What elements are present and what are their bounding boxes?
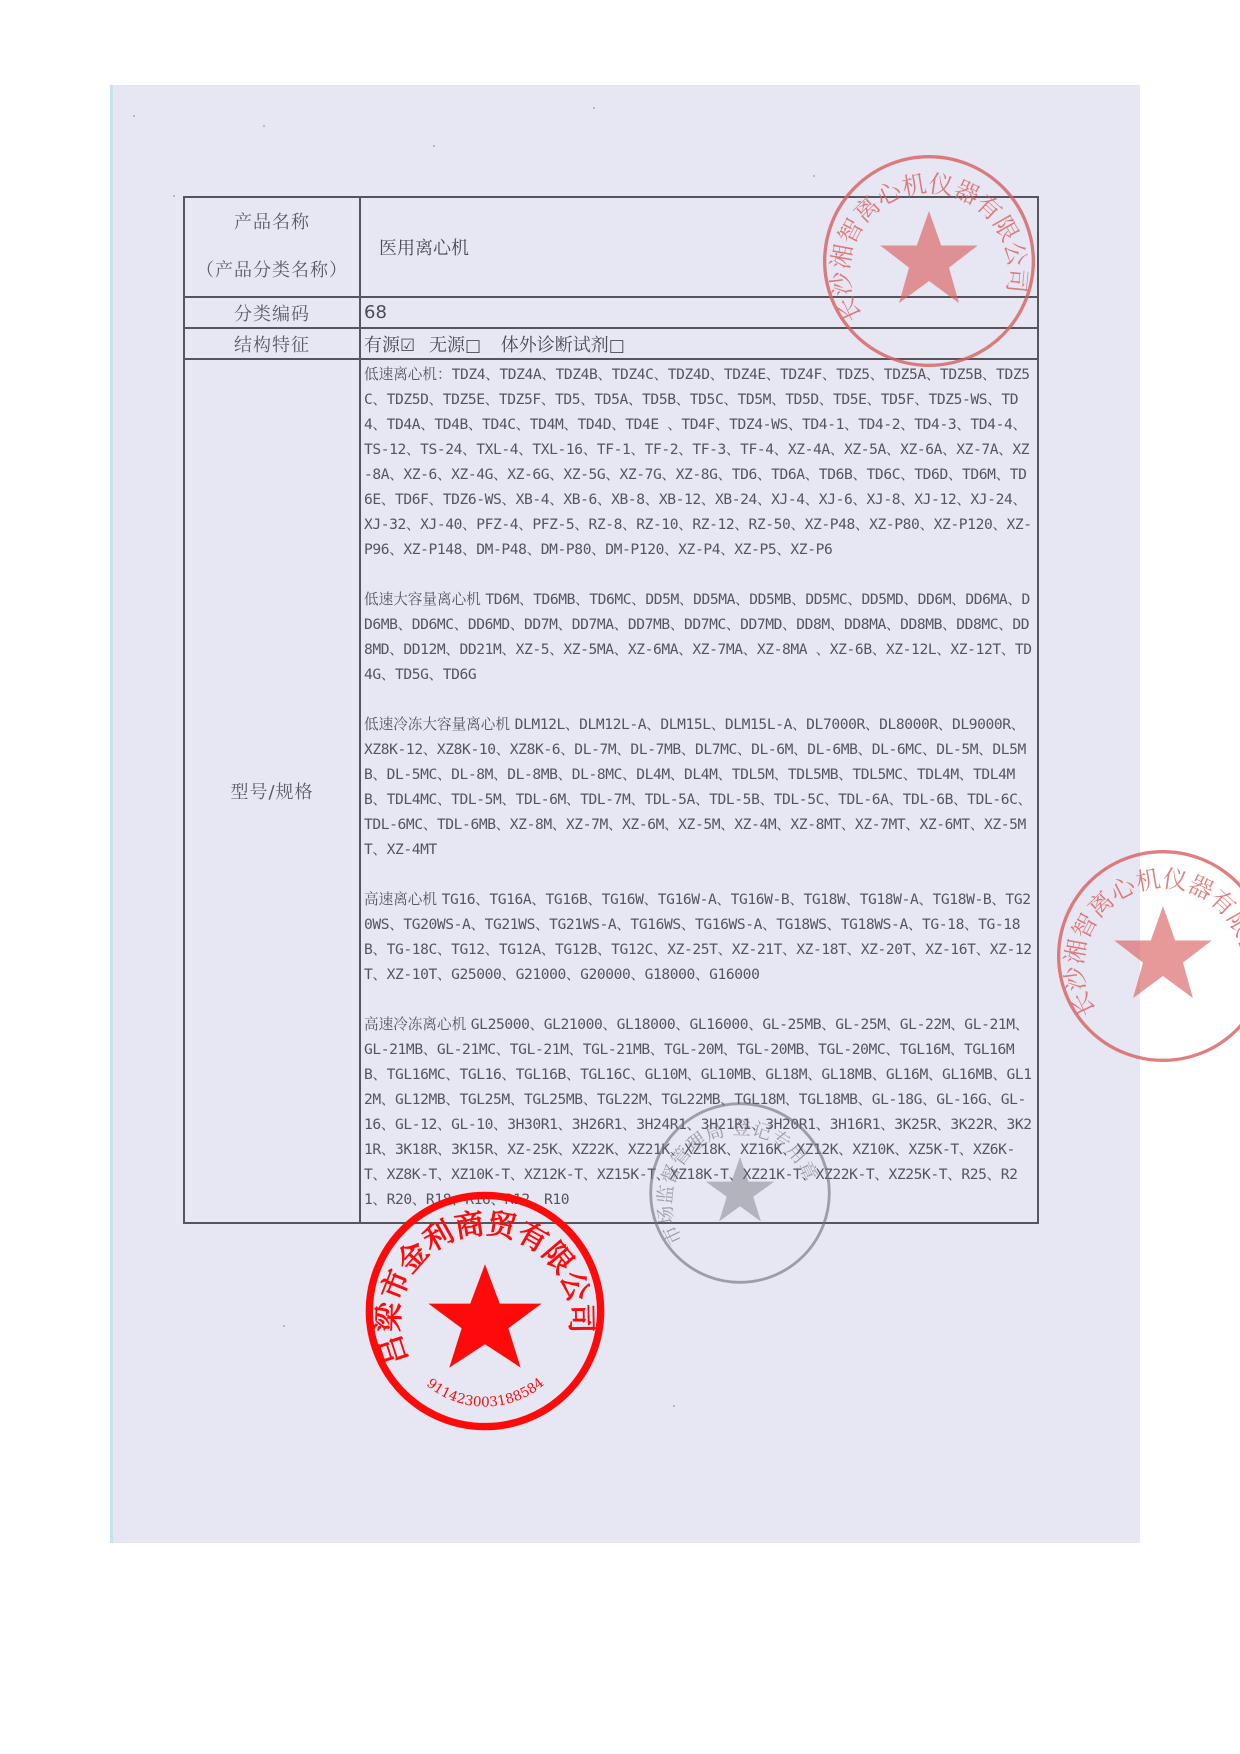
model-group-low-speed-large: 低速大容量离心机 TD6M、TD6MB、TD6MC、DD5M、DD5MA、DD5… — [364, 587, 1033, 687]
scan-speck — [433, 145, 435, 147]
product-name-label: 产品名称 （产品分类名称） — [184, 197, 360, 297]
row-product-name: 产品名称 （产品分类名称） 医用离心机 — [184, 197, 1038, 297]
model-group-low-speed: 低速离心机：TDZ4、TDZ4A、TDZ4B、TDZ4C、TDZ4D、TDZ4E… — [364, 362, 1033, 562]
scan-speck — [673, 1405, 675, 1407]
option-passive: 无源□ — [429, 335, 481, 356]
group-items: GL25000、GL21000、GL18000、GL16000、GL-25MB、… — [364, 1016, 1032, 1208]
product-name-label-line1: 产品名称 — [186, 199, 358, 247]
checkbox-checked-icon: ☑ — [400, 336, 415, 356]
option-ivd: 体外诊断试剂□ — [501, 335, 625, 356]
group-items: TG16、TG16A、TG16B、TG16W、TG16W-A、TG16W-B、T… — [364, 891, 1032, 983]
product-name-value: 医用离心机 — [360, 197, 1038, 297]
structure-label: 结构特征 — [184, 328, 360, 359]
group-items: DLM12L、DLM12L-A、DLM15L、DLM15L-A、DL7000R、… — [364, 716, 1032, 858]
category-code-label: 分类编码 — [184, 297, 360, 328]
product-spec-table: 产品名称 （产品分类名称） 医用离心机 分类编码 68 结构特征 有源☑ 无源□… — [183, 196, 1039, 1224]
scan-speck — [133, 115, 135, 117]
group-title: 低速大容量离心机 — [364, 591, 485, 608]
scan-speck — [173, 195, 175, 197]
option-active: 有源☑ — [364, 335, 415, 356]
group-title: 高速冷冻离心机 — [364, 1016, 471, 1033]
group-items: TDZ4、TDZ4A、TDZ4B、TDZ4C、TDZ4D、TDZ4E、TDZ4F… — [364, 366, 1032, 558]
model-group-low-speed-refrigerated: 低速冷冻大容量离心机 DLM12L、DLM12L-A、DLM15L、DLM15L… — [364, 712, 1033, 862]
row-structure: 结构特征 有源☑ 无源□ 体外诊断试剂□ — [184, 328, 1038, 359]
scan-speck — [593, 107, 595, 109]
option-active-text: 有源 — [364, 335, 400, 356]
option-ivd-text: 体外诊断试剂 — [501, 335, 609, 356]
checkbox-unchecked-icon: □ — [609, 336, 625, 356]
category-code-value: 68 — [360, 297, 1038, 328]
group-title: 低速冷冻大容量离心机 — [364, 716, 515, 733]
models-label: 型号/规格 — [184, 359, 360, 1223]
scan-speck — [813, 175, 815, 177]
model-group-high-speed-refrigerated: 高速冷冻离心机 GL25000、GL21000、GL18000、GL16000、… — [364, 1012, 1033, 1212]
group-title: 低速离心机： — [364, 366, 452, 383]
option-passive-text: 无源 — [429, 335, 465, 356]
product-name-label-line2: （产品分类名称） — [186, 247, 358, 295]
scan-speck — [263, 125, 265, 127]
model-group-high-speed: 高速离心机 TG16、TG16A、TG16B、TG16W、TG16W-A、TG1… — [364, 887, 1033, 987]
checkbox-unchecked-icon: □ — [465, 336, 481, 356]
structure-options: 有源☑ 无源□ 体外诊断试剂□ — [360, 328, 1038, 359]
row-models: 型号/规格 低速离心机：TDZ4、TDZ4A、TDZ4B、TDZ4C、TDZ4D… — [184, 359, 1038, 1223]
scan-speck — [283, 1325, 285, 1327]
models-list: 低速离心机：TDZ4、TDZ4A、TDZ4B、TDZ4C、TDZ4D、TDZ4E… — [360, 359, 1038, 1223]
group-title: 高速离心机 — [364, 891, 442, 908]
row-category-code: 分类编码 68 — [184, 297, 1038, 328]
